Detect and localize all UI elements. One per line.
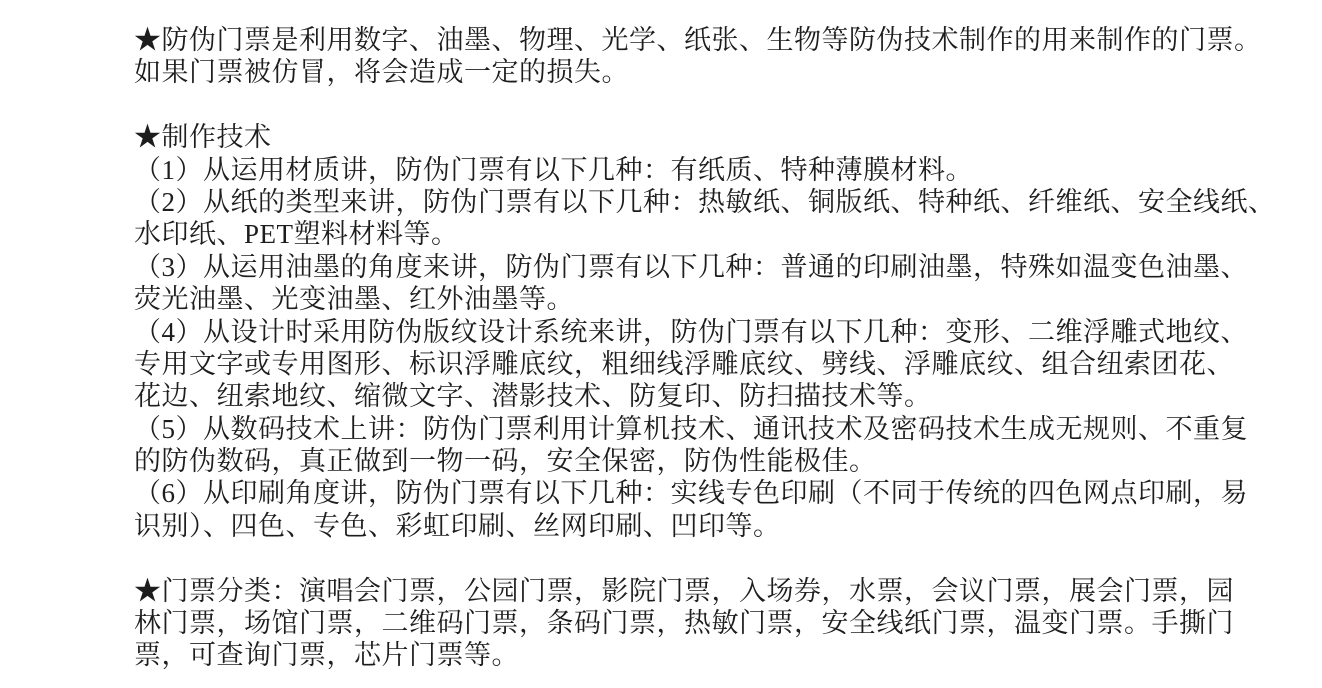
text-line: 票，可查询门票，芯片门票等。 [134, 639, 1294, 671]
text-line: （3）从运用油墨的角度来讲，防伪门票有以下几种：普通的印刷油墨，特殊如温变色油墨… [134, 251, 1294, 283]
text-line: ★门票分类：演唱会门票，公园门票，影院门票，入场券，水票，会议门票，展会门票，园 [134, 575, 1294, 607]
text-line: 的防伪数码，真正做到一物一码，安全保密，防伪性能极佳。 [134, 445, 1294, 477]
paragraph-intro: ★防伪门票是利用数字、油墨、物理、光学、纸张、生物等防伪技术制作的用来制作的门票… [134, 24, 1294, 89]
section-heading: ★制作技术 [134, 121, 1294, 153]
text-line: （6）从印刷角度讲，防伪门票有以下几种：实线专色印刷（不同于传统的四色网点印刷，… [134, 477, 1294, 509]
text-line: 水印纸、PET塑料材料等。 [134, 218, 1294, 250]
paragraph-ticket-categories: ★门票分类：演唱会门票，公园门票，影院门票，入场券，水票，会议门票，展会门票，园… [134, 575, 1294, 672]
text-line: ★防伪门票是利用数字、油墨、物理、光学、纸张、生物等防伪技术制作的用来制作的门票… [134, 24, 1294, 56]
text-line: 林门票，场馆门票，二维码门票，条码门票，热敏门票，安全线纸门票，温变门票。手撕门 [134, 607, 1294, 639]
paragraph-production-techniques: ★制作技术 （1）从运用材质讲，防伪门票有以下几种：有纸质、特种薄膜材料。 （2… [134, 121, 1294, 542]
document-page: ★防伪门票是利用数字、油墨、物理、光学、纸张、生物等防伪技术制作的用来制作的门票… [0, 0, 1322, 688]
text-line: 花边、纽索地纹、缩微文字、潜影技术、防复印、防扫描技术等。 [134, 380, 1294, 412]
text-line: （4）从设计时采用防伪版纹设计系统来讲，防伪门票有以下几种：变形、二维浮雕式地纹… [134, 316, 1294, 348]
text-line: 专用文字或专用图形、标识浮雕底纹，粗细线浮雕底纹、劈线、浮雕底纹、组合纽索团花、 [134, 348, 1294, 380]
text-line: （5）从数码技术上讲：防伪门票利用计算机技术、通讯技术及密码技术生成无规则、不重… [134, 413, 1294, 445]
text-line: （2）从纸的类型来讲，防伪门票有以下几种：热敏纸、铜版纸、特种纸、纤维纸、安全线… [134, 186, 1294, 218]
text-line: 荧光油墨、光变油墨、红外油墨等。 [134, 283, 1294, 315]
text-line: 识别）、四色、专色、彩虹印刷、丝网印刷、凹印等。 [134, 510, 1294, 542]
text-line: （1）从运用材质讲，防伪门票有以下几种：有纸质、特种薄膜材料。 [134, 154, 1294, 186]
text-line: 如果门票被仿冒，将会造成一定的损失。 [134, 56, 1294, 88]
document-body: ★防伪门票是利用数字、油墨、物理、光学、纸张、生物等防伪技术制作的用来制作的门票… [134, 24, 1294, 672]
